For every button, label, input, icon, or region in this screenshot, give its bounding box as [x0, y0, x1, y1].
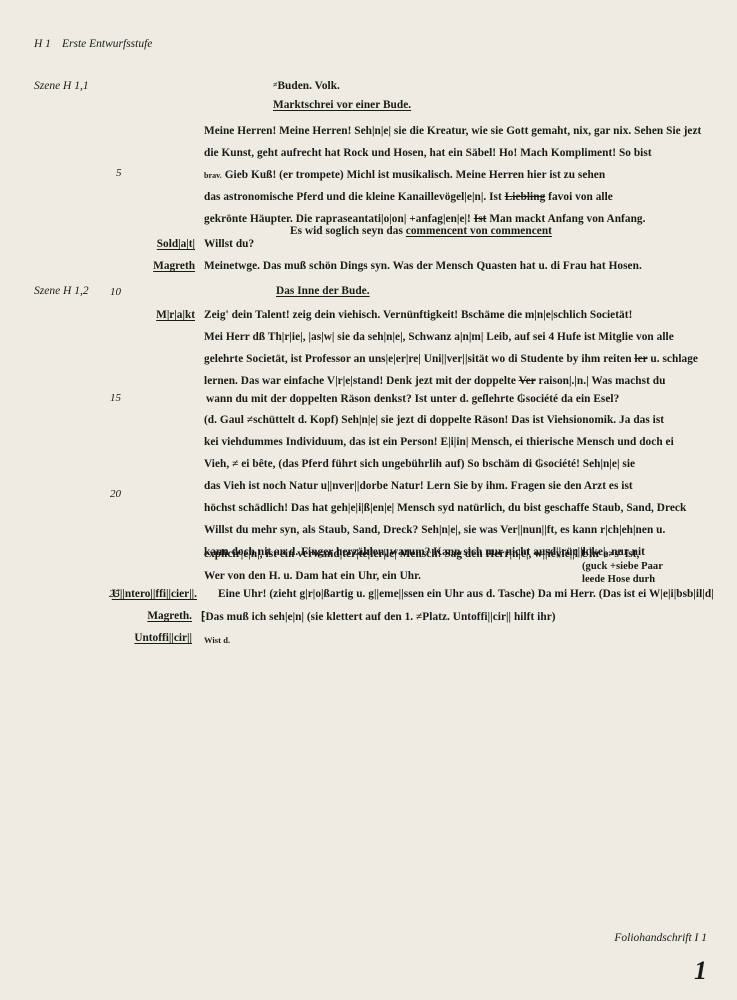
s2-line-3-text: gelehrte Societät, ist Professor an uns|…	[204, 353, 632, 365]
speaker-magreth: Magreth	[153, 260, 195, 272]
s2-line-8: Vieh, ≠ ei bête, (das Pferd führt sich u…	[204, 458, 635, 470]
s2-line-17: Wist d.	[204, 635, 230, 645]
speaker-magreth-2: Magreth.	[147, 610, 192, 622]
text-line-2: die Kunst, geht aufrecht hat Rock und Ho…	[204, 147, 652, 159]
line-number-5: 5	[116, 167, 122, 179]
text-line-4: das astronomische Pferd und die kleine K…	[204, 191, 613, 203]
stage-setting: ≠Buden. Volk.	[273, 80, 340, 92]
s2-line-1: Zeig' dein Talent! zeig dein viehisch. V…	[204, 309, 632, 321]
s2-line-3: gelehrte Societät, ist Professor an uns|…	[204, 353, 698, 365]
s2-line-4: lernen. Das war einfache V|r|e|stand! De…	[204, 375, 665, 387]
source-label: Foliohandschrift I 1	[614, 932, 707, 944]
speaker-soldat: Sold|a|t|	[157, 238, 195, 250]
s2-line-3-rest: u. schlage	[650, 353, 698, 365]
speaker-untoffizier: Untoffi||cir||	[134, 632, 192, 644]
line-number-20: 20	[110, 488, 121, 500]
struck-text: Liebling	[505, 191, 546, 203]
s2-line-5: wann du mit der doppelten Räson denkst? …	[206, 393, 619, 405]
line-4-text: das astronomische Pferd und die kleine K…	[204, 191, 502, 203]
scene-label-1: Szene H 1,1	[34, 80, 89, 92]
s2-line-14: Wer von den H. u. Dam hat ein Uhr, ein U…	[204, 570, 421, 582]
interlinear-underlined: commencent von commencent	[406, 225, 552, 237]
s2-line-7: kei viehdummes Individuum, das ist ein P…	[204, 436, 674, 448]
magreth-line: Meinetwge. Das muß schön Dings syn. Was …	[204, 260, 642, 272]
text-line-1: Meine Herren! Meine Herren! Seh|n|e| sie…	[204, 125, 701, 137]
speaker-unteroffizier: U||ntero||ffi||cier||.	[112, 588, 197, 600]
document-title: Erste Entwurfsstufe	[62, 38, 152, 50]
s2-line-15: Eine Uhr! (zieht g|r|o|ßartig u. g||eme|…	[218, 588, 714, 600]
small-insert: brav.	[204, 171, 222, 180]
document-siglum: H 1	[34, 38, 51, 50]
s2-line-4-rest: raison|.|n.| Was machst du	[539, 375, 666, 387]
struck-text: Ist	[474, 213, 487, 225]
s2-line-2: Mei Herr dß Th|r|ie|, |as|w| sie da seh|…	[204, 331, 674, 343]
page-number: 1	[694, 956, 707, 986]
text-line-5: gekrönte Häupter. Die rapraseantati|o|on…	[204, 213, 645, 225]
scene-heading-1: Marktschrei vor einer Bude.	[273, 99, 411, 111]
struck-text: Ver	[519, 375, 536, 387]
text-line-3: brav. Gieb Kuß! (er trompete) Michl ist …	[204, 169, 605, 181]
speaker-markt: M|r|a|kt	[156, 309, 195, 321]
line-4-rest: favoi von alle	[548, 191, 613, 203]
margin-addition-b: leede Hose durh	[582, 574, 655, 585]
s2-line-11: Willst du mehr syn, als Staub, Sand, Dre…	[204, 524, 665, 536]
s2-line-13: explicir|e|n|, ist ein verwand|ter|te|le…	[204, 548, 639, 560]
s2-line-9: das Vieh ist noch Natur u||nver||dorbe N…	[204, 480, 633, 492]
s2-line-6: (d. Gaul ≠schüttelt d. Kopf) Seh|n|e| si…	[204, 414, 664, 426]
line-5-rest: Man mackt Anfang von Anfang.	[489, 213, 645, 225]
line-5-text: gekrönte Häupter. Die rapraseantati|o|on…	[204, 213, 471, 225]
line-3-text: Gieb Kuß! (er trompete) Michl ist musika…	[225, 169, 605, 181]
interlinear-text: Es wid soglich seyn das	[290, 225, 403, 237]
line-number-15: 15	[110, 392, 121, 404]
s2-line-16: ⁅Das muß ich seh|e|n| (sie klettert auf …	[201, 610, 556, 623]
struck-text: ler	[634, 353, 647, 365]
setting-text: Buden. Volk.	[277, 80, 339, 92]
soldat-line: Willst du?	[204, 238, 254, 250]
scene-heading-2: Das Inne der Bude.	[276, 285, 370, 297]
interlinear-addition: Es wid soglich seyn das commencent von c…	[290, 225, 552, 237]
s2-line-4-text: lernen. Das war einfache V|r|e|stand! De…	[204, 375, 516, 387]
scene-label-2: Szene H 1,2	[34, 285, 89, 297]
s2-line-10: höchst schädlich! Das hat geh|e|i|ß|en|e…	[204, 502, 686, 514]
line-number-10: 10	[110, 286, 121, 298]
margin-addition-a: (guck +siebe Paar	[582, 561, 663, 572]
